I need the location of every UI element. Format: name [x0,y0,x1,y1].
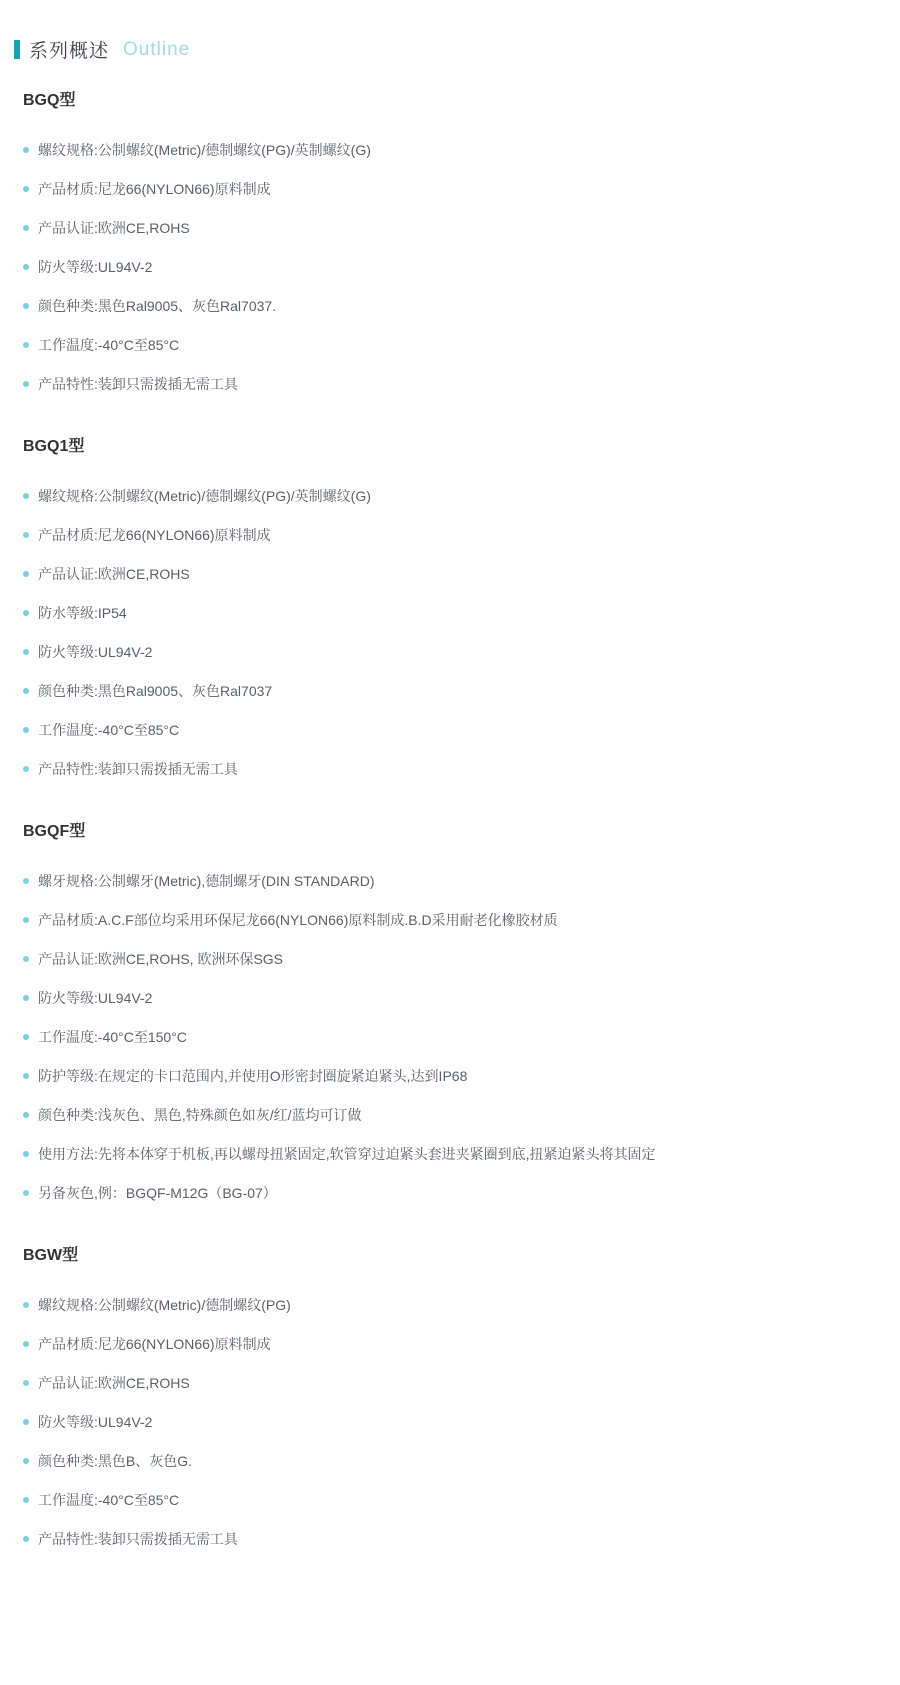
spec-text: 工作温度:-40°C至85°C [38,1490,179,1510]
bullet-dot-icon [23,264,29,270]
bullet-dot-icon [23,342,29,348]
spec-text: 螺纹规格:公制螺纹(Metric)/德制螺纹(PG) [38,1295,291,1315]
spec-item: 颜色种类:黑色B、灰色G. [23,1441,880,1480]
bullet-dot-icon [23,1497,29,1503]
spec-text: 产品认证:欧洲CE,ROHS [38,218,190,238]
spec-item: 颜色种类:黑色Ral9005、灰色Ral7037. [23,286,880,325]
spec-item: 产品认证:欧洲CE,ROHS, 欧洲环保SGS [23,939,880,978]
bullet-dot-icon [23,1190,29,1196]
section-title: BGQ1型 [23,433,880,456]
spec-text: 工作温度:-40°C至85°C [38,720,179,740]
spec-item: 防火等级:UL94V-2 [23,1402,880,1441]
spec-item: 另备灰色,例：BGQF-M12G（BG-07） [23,1173,880,1212]
outline-page: 系列概述 Outline BGQ型 螺纹规格:公制螺纹(Metric)/德制螺纹… [0,0,900,1606]
bullet-dot-icon [23,1151,29,1157]
spec-text: 产品特性:装卸只需拨插无需工具 [38,759,238,779]
spec-item: 螺纹规格:公制螺纹(Metric)/德制螺纹(PG)/英制螺纹(G) [23,130,880,169]
bullet-dot-icon [23,1419,29,1425]
spec-text: 防护等级:在规定的卡口范围内,并使用O形密封圈旋紧迫紧头,达到IP68 [38,1066,467,1086]
spec-text: 工作温度:-40°C至85°C [38,335,179,355]
page-header: 系列概述 Outline [14,36,880,63]
bullet-dot-icon [23,1380,29,1386]
bullet-dot-icon [23,956,29,962]
bullet-dot-icon [23,1302,29,1308]
spec-item: 工作温度:-40°C至150°C [23,1017,880,1056]
page-title: 系列概述 [29,36,109,63]
bullet-dot-icon [23,1536,29,1542]
spec-text: 产品材质:尼龙66(NYLON66)原料制成 [38,1334,271,1354]
bullet-dot-icon [23,995,29,1001]
spec-item: 防火等级:UL94V-2 [23,632,880,671]
spec-list: 螺牙规格:公制螺牙(Metric),德制螺牙(DIN STANDARD) 产品材… [23,861,880,1212]
spec-item: 产品特性:装卸只需拨插无需工具 [23,749,880,788]
spec-item: 颜色种类:黑色Ral9005、灰色Ral7037 [23,671,880,710]
product-section: BGW型 螺纹规格:公制螺纹(Metric)/德制螺纹(PG) 产品材质:尼龙6… [0,1242,880,1558]
spec-item: 使用方法:先将本体穿于机板,再以螺母扭紧固定,软管穿过迫紧头套进夹紧圈到底,扭紧… [23,1134,880,1173]
bullet-dot-icon [23,727,29,733]
spec-item: 螺纹规格:公制螺纹(Metric)/德制螺纹(PG) [23,1285,880,1324]
spec-text: 防火等级:UL94V-2 [38,642,152,662]
bullet-dot-icon [23,1073,29,1079]
spec-item: 防水等级:IP54 [23,593,880,632]
bullet-dot-icon [23,381,29,387]
page-subtitle: Outline [123,39,190,61]
spec-text: 螺纹规格:公制螺纹(Metric)/德制螺纹(PG)/英制螺纹(G) [38,140,371,160]
spec-item: 产品认证:欧洲CE,ROHS [23,1363,880,1402]
section-title: BGQF型 [23,818,880,841]
spec-text: 颜色种类:黑色Ral9005、灰色Ral7037 [38,681,272,701]
bullet-dot-icon [23,766,29,772]
spec-text: 防火等级:UL94V-2 [38,1412,152,1432]
spec-text: 产品特性:装卸只需拨插无需工具 [38,1529,238,1549]
spec-text: 产品材质:尼龙66(NYLON66)原料制成 [38,179,271,199]
bullet-dot-icon [23,303,29,309]
spec-text: 产品认证:欧洲CE,ROHS, 欧洲环保SGS [38,949,283,969]
spec-text: 防火等级:UL94V-2 [38,257,152,277]
bullet-dot-icon [23,571,29,577]
spec-text: 螺纹规格:公制螺纹(Metric)/德制螺纹(PG)/英制螺纹(G) [38,486,371,506]
spec-item: 工作温度:-40°C至85°C [23,1480,880,1519]
spec-item: 产品材质:尼龙66(NYLON66)原料制成 [23,515,880,554]
bullet-dot-icon [23,1112,29,1118]
spec-text: 颜色种类:黑色B、灰色G. [38,1451,192,1471]
spec-item: 颜色种类:浅灰色、黑色,特殊颜色如灰/红/蓝均可订做 [23,1095,880,1134]
spec-item: 防护等级:在规定的卡口范围内,并使用O形密封圈旋紧迫紧头,达到IP68 [23,1056,880,1095]
spec-text: 防水等级:IP54 [38,603,127,623]
spec-text: 颜色种类:黑色Ral9005、灰色Ral7037. [38,296,276,316]
spec-text: 使用方法:先将本体穿于机板,再以螺母扭紧固定,软管穿过迫紧头套进夹紧圈到底,扭紧… [38,1144,656,1164]
spec-item: 产品认证:欧洲CE,ROHS [23,554,880,593]
bullet-dot-icon [23,493,29,499]
spec-list: 螺纹规格:公制螺纹(Metric)/德制螺纹(PG)/英制螺纹(G) 产品材质:… [23,476,880,788]
spec-item: 防火等级:UL94V-2 [23,247,880,286]
bullet-dot-icon [23,186,29,192]
sections-container: BGQ型 螺纹规格:公制螺纹(Metric)/德制螺纹(PG)/英制螺纹(G) … [0,87,880,1558]
section-title: BGQ型 [23,87,880,110]
spec-list: 螺纹规格:公制螺纹(Metric)/德制螺纹(PG) 产品材质:尼龙66(NYL… [23,1285,880,1558]
spec-list: 螺纹规格:公制螺纹(Metric)/德制螺纹(PG)/英制螺纹(G) 产品材质:… [23,130,880,403]
spec-item: 产品材质:A.C.F部位均采用环保尼龙66(NYLON66)原料制成.B.D采用… [23,900,880,939]
bullet-dot-icon [23,878,29,884]
spec-item: 产品特性:装卸只需拨插无需工具 [23,1519,880,1558]
spec-text: 产品认证:欧洲CE,ROHS [38,1373,190,1393]
spec-item: 产品认证:欧洲CE,ROHS [23,208,880,247]
spec-item: 防火等级:UL94V-2 [23,978,880,1017]
bullet-dot-icon [23,917,29,923]
bullet-dot-icon [23,1458,29,1464]
spec-text: 螺牙规格:公制螺牙(Metric),德制螺牙(DIN STANDARD) [38,871,375,891]
spec-item: 产品特性:装卸只需拨插无需工具 [23,364,880,403]
spec-item: 产品材质:尼龙66(NYLON66)原料制成 [23,169,880,208]
bullet-dot-icon [23,532,29,538]
bullet-dot-icon [23,610,29,616]
spec-text: 产品认证:欧洲CE,ROHS [38,564,190,584]
bullet-dot-icon [23,649,29,655]
spec-text: 产品材质:尼龙66(NYLON66)原料制成 [38,525,271,545]
spec-text: 防火等级:UL94V-2 [38,988,152,1008]
product-section: BGQ型 螺纹规格:公制螺纹(Metric)/德制螺纹(PG)/英制螺纹(G) … [0,87,880,403]
product-section: BGQ1型 螺纹规格:公制螺纹(Metric)/德制螺纹(PG)/英制螺纹(G)… [0,433,880,788]
spec-text: 产品特性:装卸只需拨插无需工具 [38,374,238,394]
spec-item: 工作温度:-40°C至85°C [23,710,880,749]
bullet-dot-icon [23,1034,29,1040]
product-section: BGQF型 螺牙规格:公制螺牙(Metric),德制螺牙(DIN STANDAR… [0,818,880,1212]
section-title: BGW型 [23,1242,880,1265]
bullet-dot-icon [23,688,29,694]
bullet-dot-icon [23,147,29,153]
spec-item: 工作温度:-40°C至85°C [23,325,880,364]
spec-text: 产品材质:A.C.F部位均采用环保尼龙66(NYLON66)原料制成.B.D采用… [38,910,558,930]
spec-text: 工作温度:-40°C至150°C [38,1027,187,1047]
bullet-dot-icon [23,225,29,231]
spec-item: 螺牙规格:公制螺牙(Metric),德制螺牙(DIN STANDARD) [23,861,880,900]
spec-text: 颜色种类:浅灰色、黑色,特殊颜色如灰/红/蓝均可订做 [38,1105,362,1125]
header-accent-bar-icon [14,40,20,59]
spec-text: 另备灰色,例：BGQF-M12G（BG-07） [38,1183,277,1203]
bullet-dot-icon [23,1341,29,1347]
spec-item: 螺纹规格:公制螺纹(Metric)/德制螺纹(PG)/英制螺纹(G) [23,476,880,515]
spec-item: 产品材质:尼龙66(NYLON66)原料制成 [23,1324,880,1363]
